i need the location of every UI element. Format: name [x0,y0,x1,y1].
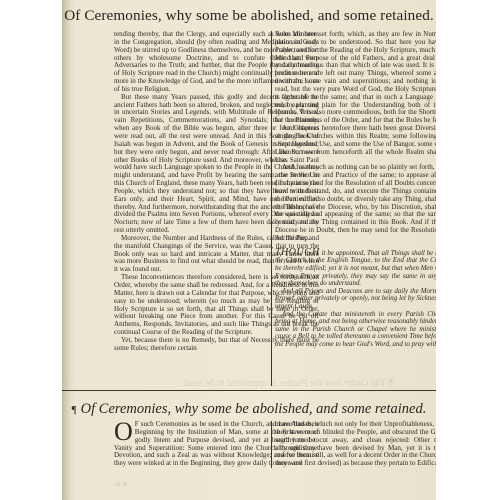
catchword: whereunto [275,468,436,476]
horizontal-rule [62,390,436,391]
section-heading: ¶Of Ceremonies, why some be abolished, a… [62,401,436,418]
italic-note: And all Priests and Deacons are to say d… [275,288,436,311]
faint-annotation: vii. P. [114,482,128,488]
column-divider [271,31,272,386]
lower-right-column: more Abuses, which not only for their Un… [275,421,436,476]
italic-note: THOUGH it be appointed, That all Things … [275,249,436,288]
section-heading-text: Of Ceremonies, why some be abolished, an… [81,401,427,417]
italic-note: And the Curate that ministereth in every… [275,311,436,349]
right-column: Rules are here set forth; which, as they… [275,31,436,349]
paragraph: Rules are here set forth; which, as they… [275,31,436,125]
paragraph: And forasmuch as nothing can be so plain… [275,164,436,242]
note-first-word: THOUGH [275,247,320,258]
gutter-shadow [62,0,72,500]
paragraph: And whereas heretofore there hath been g… [275,125,436,164]
paragraph: more Abuses, which not only for their Un… [275,421,436,468]
pilcrow-icon: ¶ [72,404,77,416]
drop-cap: O [114,422,133,442]
bleed-through-text: ¶ The Order how the Psalter is appointed… [182,378,393,389]
book-page: Of Ceremonies, why some be abolished, an… [62,0,436,500]
column-divider [271,421,272,468]
running-head: Of Ceremonies, why some be abolished, an… [62,7,436,25]
